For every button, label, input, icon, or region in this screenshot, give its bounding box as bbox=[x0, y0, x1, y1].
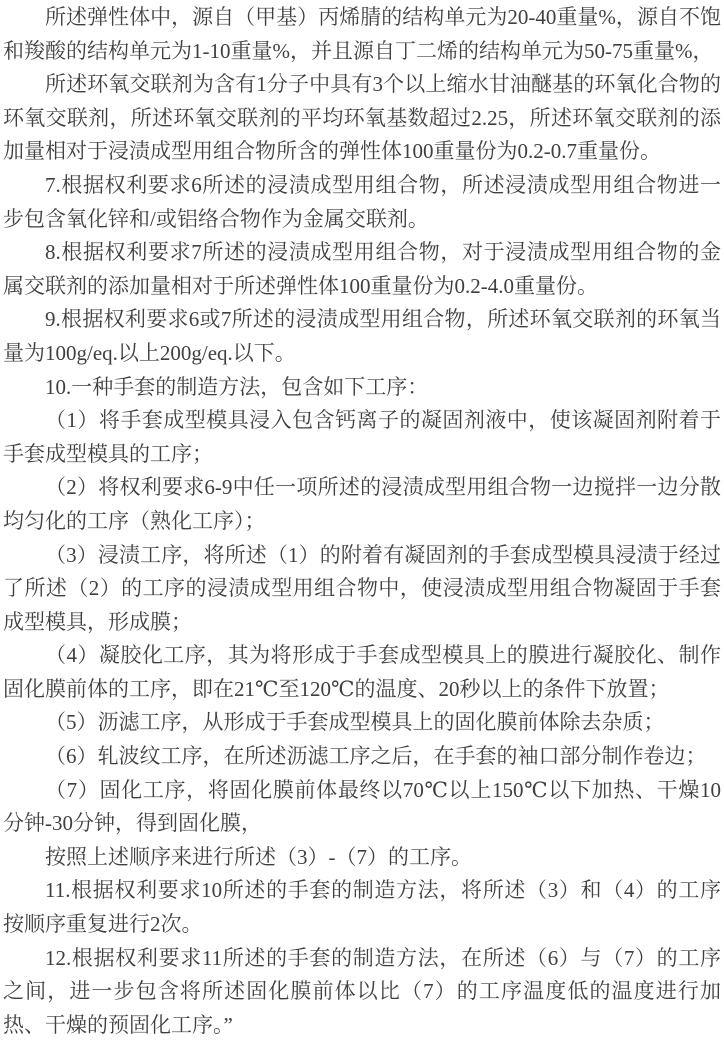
paragraph-claim-11: 11.根据权利要求10所述的手套的制造方法，将所述（3）和（4）的工序按顺序重复… bbox=[3, 874, 721, 941]
paragraph-claim-9: 9.根据权利要求6或7所述的浸渍成型用组合物，所述环氧交联剂的环氧当量为100g… bbox=[3, 303, 721, 370]
paragraph-claim-10-step-5: （5）沥滤工序，从形成于手套成型模具上的固化膜前体除去杂质； bbox=[3, 706, 721, 740]
paragraph-claim-8: 8.根据权利要求7所述的浸渍成型用组合物，对于浸渍成型用组合物的金属交联剂的添加… bbox=[3, 236, 721, 303]
paragraph-claim-10-step-2: （2）将权利要求6-9中任一项所述的浸渍成型用组合物一边搅拌一边分散均匀化的工序… bbox=[3, 471, 721, 538]
paragraph-claim-10-step-4: （4）凝胶化工序，其为将形成于手套成型模具上的膜进行凝胶化、制作固化膜前体的工序… bbox=[3, 639, 721, 706]
paragraph-claim-10-step-6: （6）轧波纹工序，在所述沥滤工序之后，在手套的袖口部分制作卷边； bbox=[3, 740, 721, 774]
paragraph-claim-10-step-1: （1）将手套成型模具浸入包含钙离子的凝固剂液中，使该凝固剂附着于手套成型模具的工… bbox=[3, 404, 721, 471]
paragraph-claim-10-step-7: （7）固化工序，将固化膜前体最终以70℃以上150℃以下加热、干燥10分钟-30… bbox=[3, 774, 721, 841]
paragraph-claim-10-order: 按照上述顺序来进行所述（3）-（7）的工序。 bbox=[3, 841, 721, 875]
paragraph-epoxy-crosslinker: 所述环氧交联剂为含有1分子中具有3个以上缩水甘油醚基的环氧化合物的环氧交联剂，所… bbox=[3, 68, 721, 169]
paragraph-claim-7: 7.根据权利要求6所述的浸渍成型用组合物，所述浸渍成型用组合物进一步包含氧化锌和… bbox=[3, 169, 721, 236]
paragraph-claim-10-intro: 10.一种手套的制造方法，包含如下工序： bbox=[3, 371, 721, 405]
paragraph-elastomer-units: 所述弹性体中，源自（甲基）丙烯腈的结构单元为20-40重量%，源自不饱和羧酸的结… bbox=[3, 1, 721, 68]
document-page: 所述弹性体中，源自（甲基）丙烯腈的结构单元为20-40重量%，源自不饱和羧酸的结… bbox=[0, 0, 724, 1046]
paragraph-claim-10-step-3: （3）浸渍工序，将所述（1）的附着有凝固剂的手套成型模具浸渍于经过了所述（2）的… bbox=[3, 539, 721, 640]
paragraph-claim-12: 12.根据权利要求11所述的手套的制造方法，在所述（6）与（7）的工序之间，进一… bbox=[3, 942, 721, 1043]
